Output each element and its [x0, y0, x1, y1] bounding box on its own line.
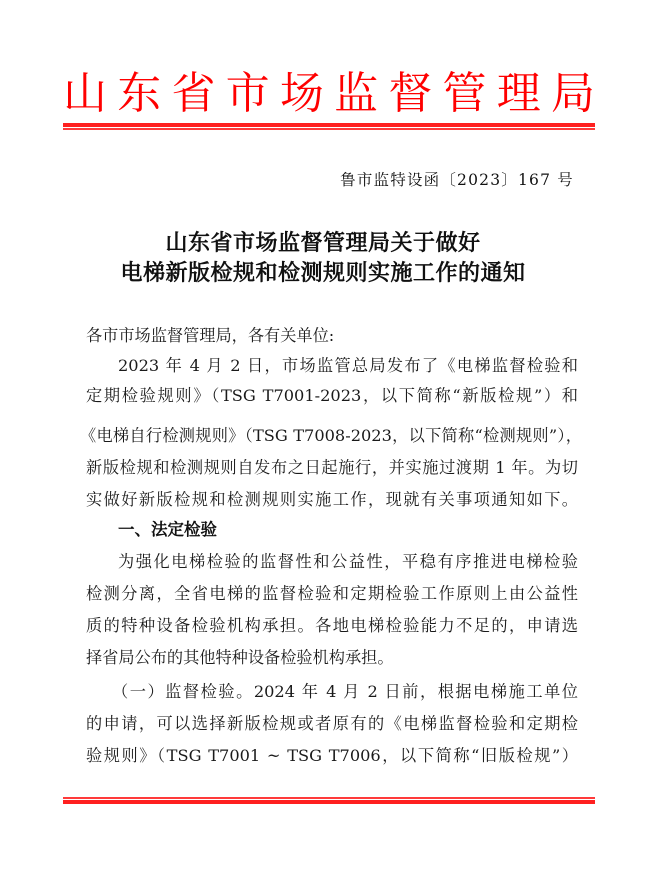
top-red-rule-thin — [63, 128, 595, 130]
notice-title-line2: 电梯新版检规和检测规则实施工作的通知 — [0, 256, 646, 287]
masthead-char: 省 — [171, 68, 215, 120]
paragraph-line: 质的特种设备检验机构承担。各地电梯检验能力不足的，申请选 — [86, 612, 578, 636]
notice-title-line1: 山东省市场监督管理局关于做好 — [0, 226, 646, 257]
paragraph-line: 实做好新版检规和检测规则实施工作，现就有关事项通知如下。 — [86, 486, 578, 510]
bottom-red-rule-thick — [63, 800, 595, 804]
masthead-char: 理 — [497, 68, 541, 120]
masthead-char: 场 — [280, 68, 324, 120]
salutation: 各市市场监督管理局，各有关单位: — [86, 322, 578, 346]
paragraph-line: 新版检规和检测规则自发布之日起施行，并实施过渡期 1 年。为切 — [86, 454, 578, 478]
document-number: 鲁市监特设函〔2023〕167 号 — [340, 168, 574, 190]
masthead-title: 山 东 省 市 场 监 督 管 理 局 — [63, 68, 595, 120]
masthead-char: 市 — [226, 68, 270, 120]
paragraph-line: 定期检验规则》（TSG T7001-2023，以下简称“新版检规”）和 — [86, 382, 578, 406]
masthead-char: 局 — [551, 68, 595, 120]
bottom-red-rule-thin — [63, 797, 595, 799]
top-red-rule-thick — [63, 123, 595, 127]
paragraph-line: 验规则》（TSG T7001 ~ TSG T7006，以下简称“旧版检规”） — [86, 742, 578, 766]
masthead-char: 督 — [388, 68, 432, 120]
paragraph-line: 《电梯自行检测规则》（TSG T7008-2023，以下简称“检测规则”）， — [80, 422, 582, 446]
section-heading: 一、法定检验 — [118, 516, 217, 540]
paragraph-line: （一）监督检验。2024 年 4 月 2 日前，根据电梯施工单位 — [112, 678, 578, 702]
paragraph-line: 2023 年 4 月 2 日，市场监管总局发布了《电梯监督检验和 — [118, 352, 578, 376]
paragraph-line: 为强化电梯检验的监督性和公益性，平稳有序推进电梯检验 — [118, 548, 578, 572]
paragraph-line: 择省局公布的其他特种设备检验机构承担。 — [86, 644, 578, 668]
masthead-char: 东 — [117, 68, 161, 120]
document-page: 山 东 省 市 场 监 督 管 理 局 鲁市监特设函〔2023〕167 号 山东… — [0, 0, 646, 893]
masthead-char: 管 — [443, 68, 487, 120]
masthead-char: 监 — [334, 68, 378, 120]
paragraph-line: 的申请，可以选择新版检规或者原有的《电梯监督检验和定期检 — [86, 710, 578, 734]
masthead-char: 山 — [63, 68, 107, 120]
paragraph-line: 检测分离，全省电梯的监督检验和定期检验工作原则上由公益性 — [86, 580, 578, 604]
